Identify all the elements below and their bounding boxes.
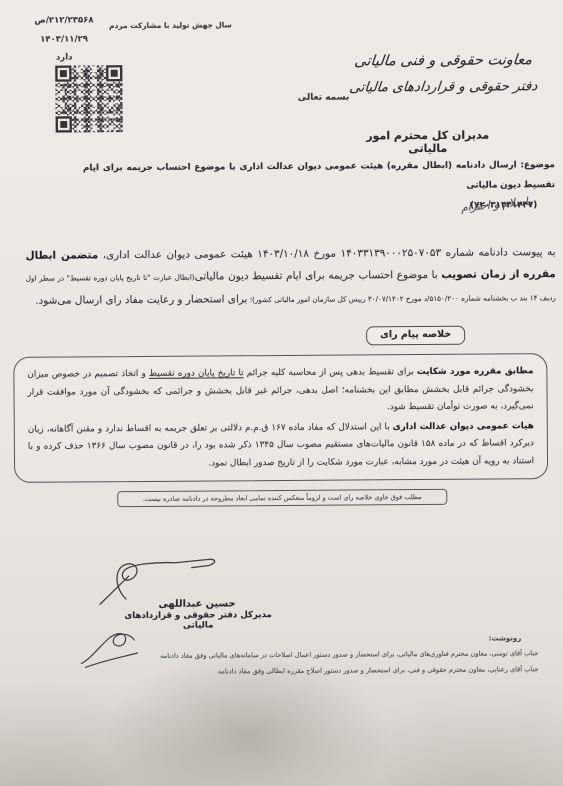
scanned-letter-page: ۲۱۲/۲۳۵۶۸/ص ۱۴۰۳/۱۱/۲۹ دارد سال جهش تولی… [0,0,563,786]
summary-paragraph-1: مطابق مقرره مورد شکایت برای تقسیط بدهی پ… [27,363,533,419]
cc-item: جناب آقای رعنایی، معاون محترم حقوقی و فن… [26,661,538,681]
summary-p1-bold: مطابق مقرره مورد شکایت [417,366,534,377]
besmellah-text: بسمه تعالی [286,92,360,103]
reference-block: ۲۱۲/۲۳۵۶۸/ص ۱۴۰۳/۱۱/۲۹ دارد [18,11,110,67]
reference-number: ۲۱۲/۲۳۵۶۸/ص [18,11,110,30]
year-slogan: سال جهش تولید با مشارکت مردم [98,20,243,30]
letterhead: معاونت حقوقی و فنی مالیاتی دفتر حقوقی و … [329,52,557,96]
recipient-heading: مدیران کل محترم امور مالیاتی [349,128,507,155]
cc-label: رونوشت: [489,634,522,642]
summary-p2-bold: هیات عمومی دیوان عدالت اداری [393,421,534,432]
letterhead-deputy-line: معاونت حقوقی و فنی مالیاتی [328,52,558,70]
body-end: برای استحضار و رعایت مفاد رای ارسال می‌ش… [35,294,247,307]
cc-list: جناب آقای تومنی، معاون محترم فناوری‌های … [26,645,538,681]
body-paragraph: به پیوست دادنامه شماره ۱۴۰۳۳۱۳۹۰۰۰۲۵۰۷۰۵… [26,241,556,313]
body-mid: با موضوع احتساب جریمه برای ایام تقسیط دی… [195,269,442,283]
summary-p1-underlined: تا تاریخ پایان دوره تقسیط [149,368,244,379]
body-intro: به پیوست دادنامه شماره ۱۴۰۳۳۱۳۹۰۰۰۲۵۰۷۰۵… [98,246,556,261]
summary-paragraph-2: هیات عمومی دیوان عدالت اداری با این استد… [28,418,534,474]
qr-code-icon [54,65,123,132]
letter-date: ۱۴۰۳/۱۱/۲۹ [18,30,110,49]
disclaimer-box: مطلب فوق حاوی خلاصه رای است و لزوماً منع… [117,489,447,507]
subject-text: موضوع: ارسال دادنامه (ابطال مقرره) هیئت … [83,160,555,191]
letter-content: ۲۱۲/۲۳۵۶۸/ص ۱۴۰۳/۱۱/۲۹ دارد سال جهش تولی… [0,0,563,786]
summary-tab-label: خلاصه پیام رای [366,326,465,346]
summary-box: مطابق مقرره مورد شکایت برای تقسیط بدهی پ… [13,353,548,483]
letterhead-office-line: دفتر حقوقی و قراردادهای مالیاتی [329,78,559,96]
summary-p1-before: برای تقسیط بدهی پس از محاسبه کلیه جرائم [244,367,417,378]
signer-name: حسین عبداللهی [142,598,252,610]
